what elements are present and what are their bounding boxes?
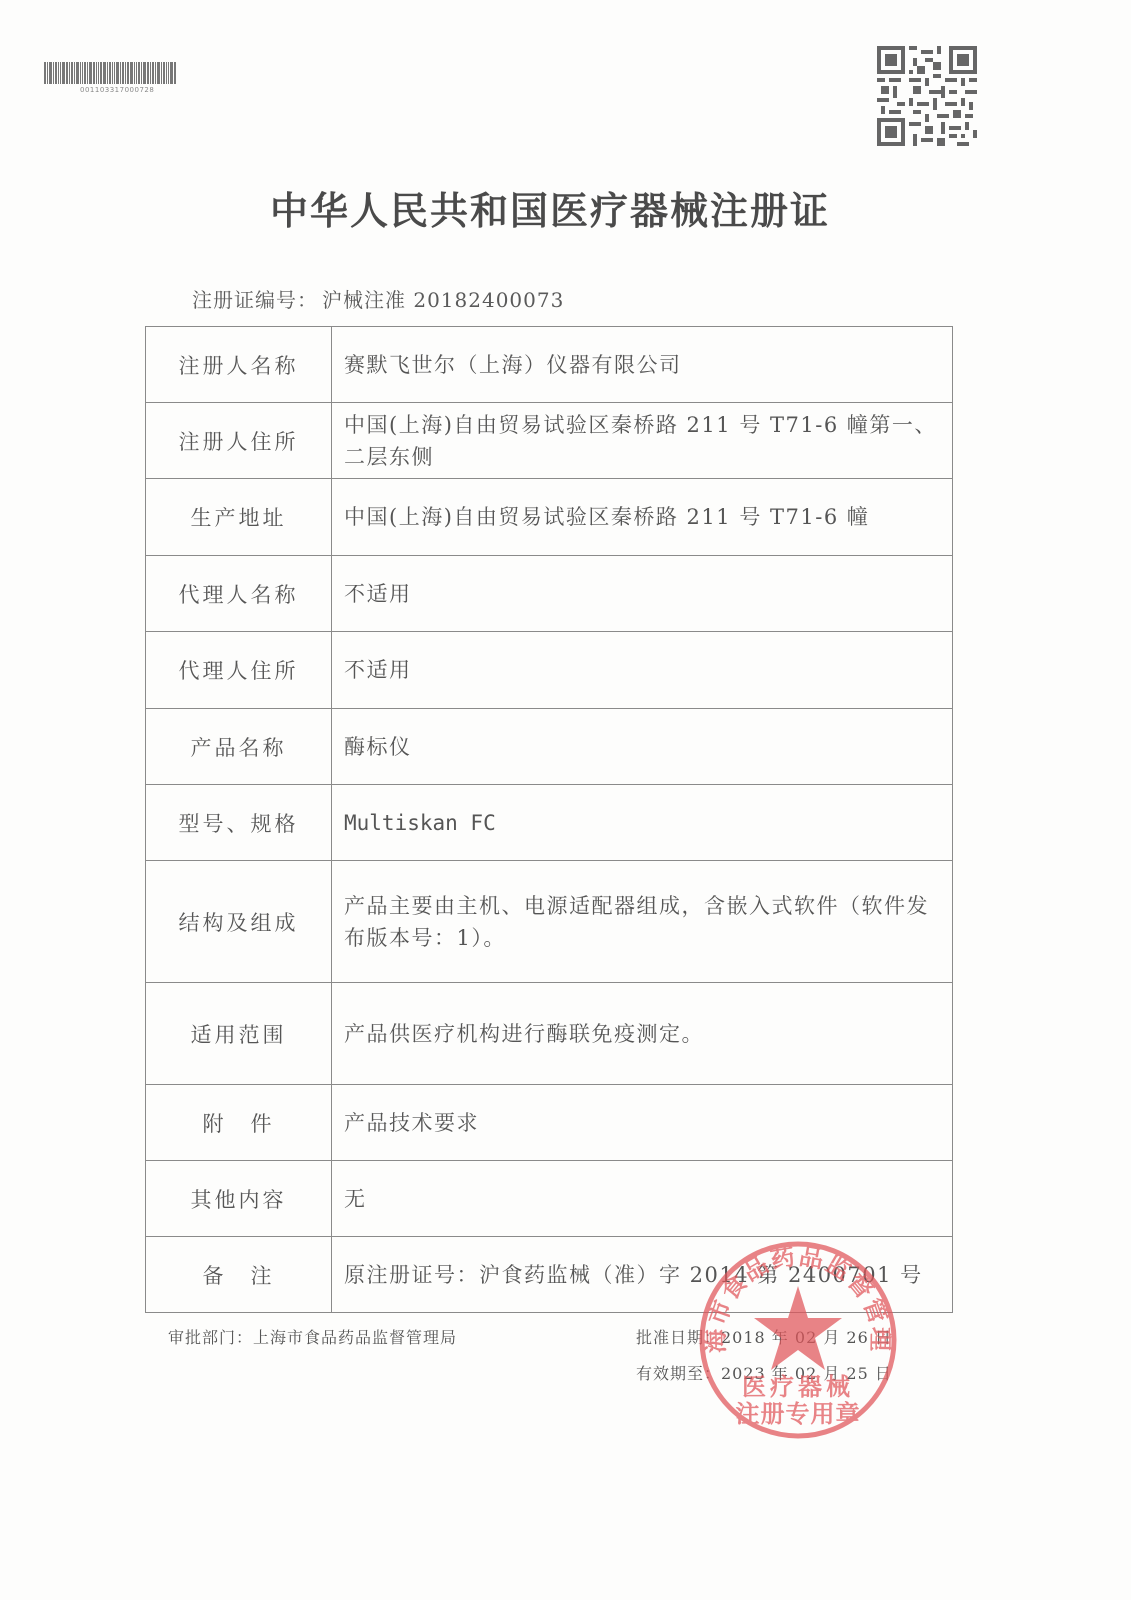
row-value: 产品供医疗机构进行酶联免疫测定。 (332, 983, 953, 1085)
document-title: 中华人民共和国医疗器械注册证 (0, 180, 1100, 235)
row-value: 原注册证号：沪食药监械（准）字 2014 第 2400701 号 (332, 1237, 953, 1313)
row-value: 无 (332, 1161, 953, 1237)
row-label: 代理人住所 (146, 632, 332, 709)
row-value: Multiskan FC (332, 785, 953, 861)
row-label: 型号、规格 (146, 785, 332, 861)
row-label: 产品名称 (146, 709, 332, 785)
barcode (44, 62, 200, 84)
table-row: 备 注 原注册证号：沪食药监械（准）字 2014 第 2400701 号 (146, 1237, 953, 1313)
certificate-table: 注册人名称 赛默飞世尔（上海）仪器有限公司 注册人住所 中国(上海)自由贸易试验… (145, 326, 953, 1313)
barcode-number: 001103317000728 (80, 86, 154, 94)
row-value: 产品技术要求 (332, 1085, 953, 1161)
row-value: 赛默飞世尔（上海）仪器有限公司 (332, 327, 953, 403)
table-row: 注册人名称 赛默飞世尔（上海）仪器有限公司 (146, 327, 953, 403)
valid-until-date: 有效期至：2023 年 02 月 25 日 (636, 1361, 892, 1384)
row-label: 生产地址 (146, 479, 332, 556)
row-label: 代理人名称 (146, 556, 332, 632)
row-label: 适用范围 (146, 983, 332, 1085)
table-row: 其他内容 无 (146, 1161, 953, 1237)
row-value: 中国(上海)自由贸易试验区秦桥路 211 号 T71-6 幢 (332, 479, 953, 556)
registration-number: 注册证编号：沪械注准 20182400073 (192, 284, 564, 313)
registration-number-label: 注册证编号： (192, 288, 318, 312)
table-row: 适用范围 产品供医疗机构进行酶联免疫测定。 (146, 983, 953, 1085)
table-row: 附 件 产品技术要求 (146, 1085, 953, 1161)
row-value: 酶标仪 (332, 709, 953, 785)
approval-date: 批准日期：2018 年 02 月 26 日 (636, 1325, 892, 1348)
table-row: 代理人住所 不适用 (146, 632, 953, 709)
row-label: 注册人住所 (146, 403, 332, 479)
registration-number-value: 沪械注准 20182400073 (322, 288, 564, 312)
table-row: 生产地址 中国(上海)自由贸易试验区秦桥路 211 号 T71-6 幢 (146, 479, 953, 556)
row-label: 其他内容 (146, 1161, 332, 1237)
row-value: 中国(上海)自由贸易试验区秦桥路 211 号 T71-6 幢第一、二层东侧 (332, 403, 953, 479)
row-label: 结构及组成 (146, 861, 332, 983)
row-value: 产品主要由主机、电源适配器组成，含嵌入式软件（软件发布版本号：1）。 (332, 861, 953, 983)
table-row: 代理人名称 不适用 (146, 556, 953, 632)
row-value: 不适用 (332, 632, 953, 709)
table-row: 产品名称 酶标仪 (146, 709, 953, 785)
row-label: 附 件 (146, 1085, 332, 1161)
row-label: 注册人名称 (146, 327, 332, 403)
seal-inner-line2: 注册专用章 (736, 1399, 861, 1428)
table-row: 结构及组成 产品主要由主机、电源适配器组成，含嵌入式软件（软件发布版本号：1）。 (146, 861, 953, 983)
table-row: 注册人住所 中国(上海)自由贸易试验区秦桥路 211 号 T71-6 幢第一、二… (146, 403, 953, 479)
qr-code-icon (877, 46, 977, 146)
row-value: 不适用 (332, 556, 953, 632)
table-row: 型号、规格 Multiskan FC (146, 785, 953, 861)
row-label: 备 注 (146, 1237, 332, 1313)
approval-department: 审批部门：上海市食品药品监督管理局 (168, 1325, 457, 1348)
